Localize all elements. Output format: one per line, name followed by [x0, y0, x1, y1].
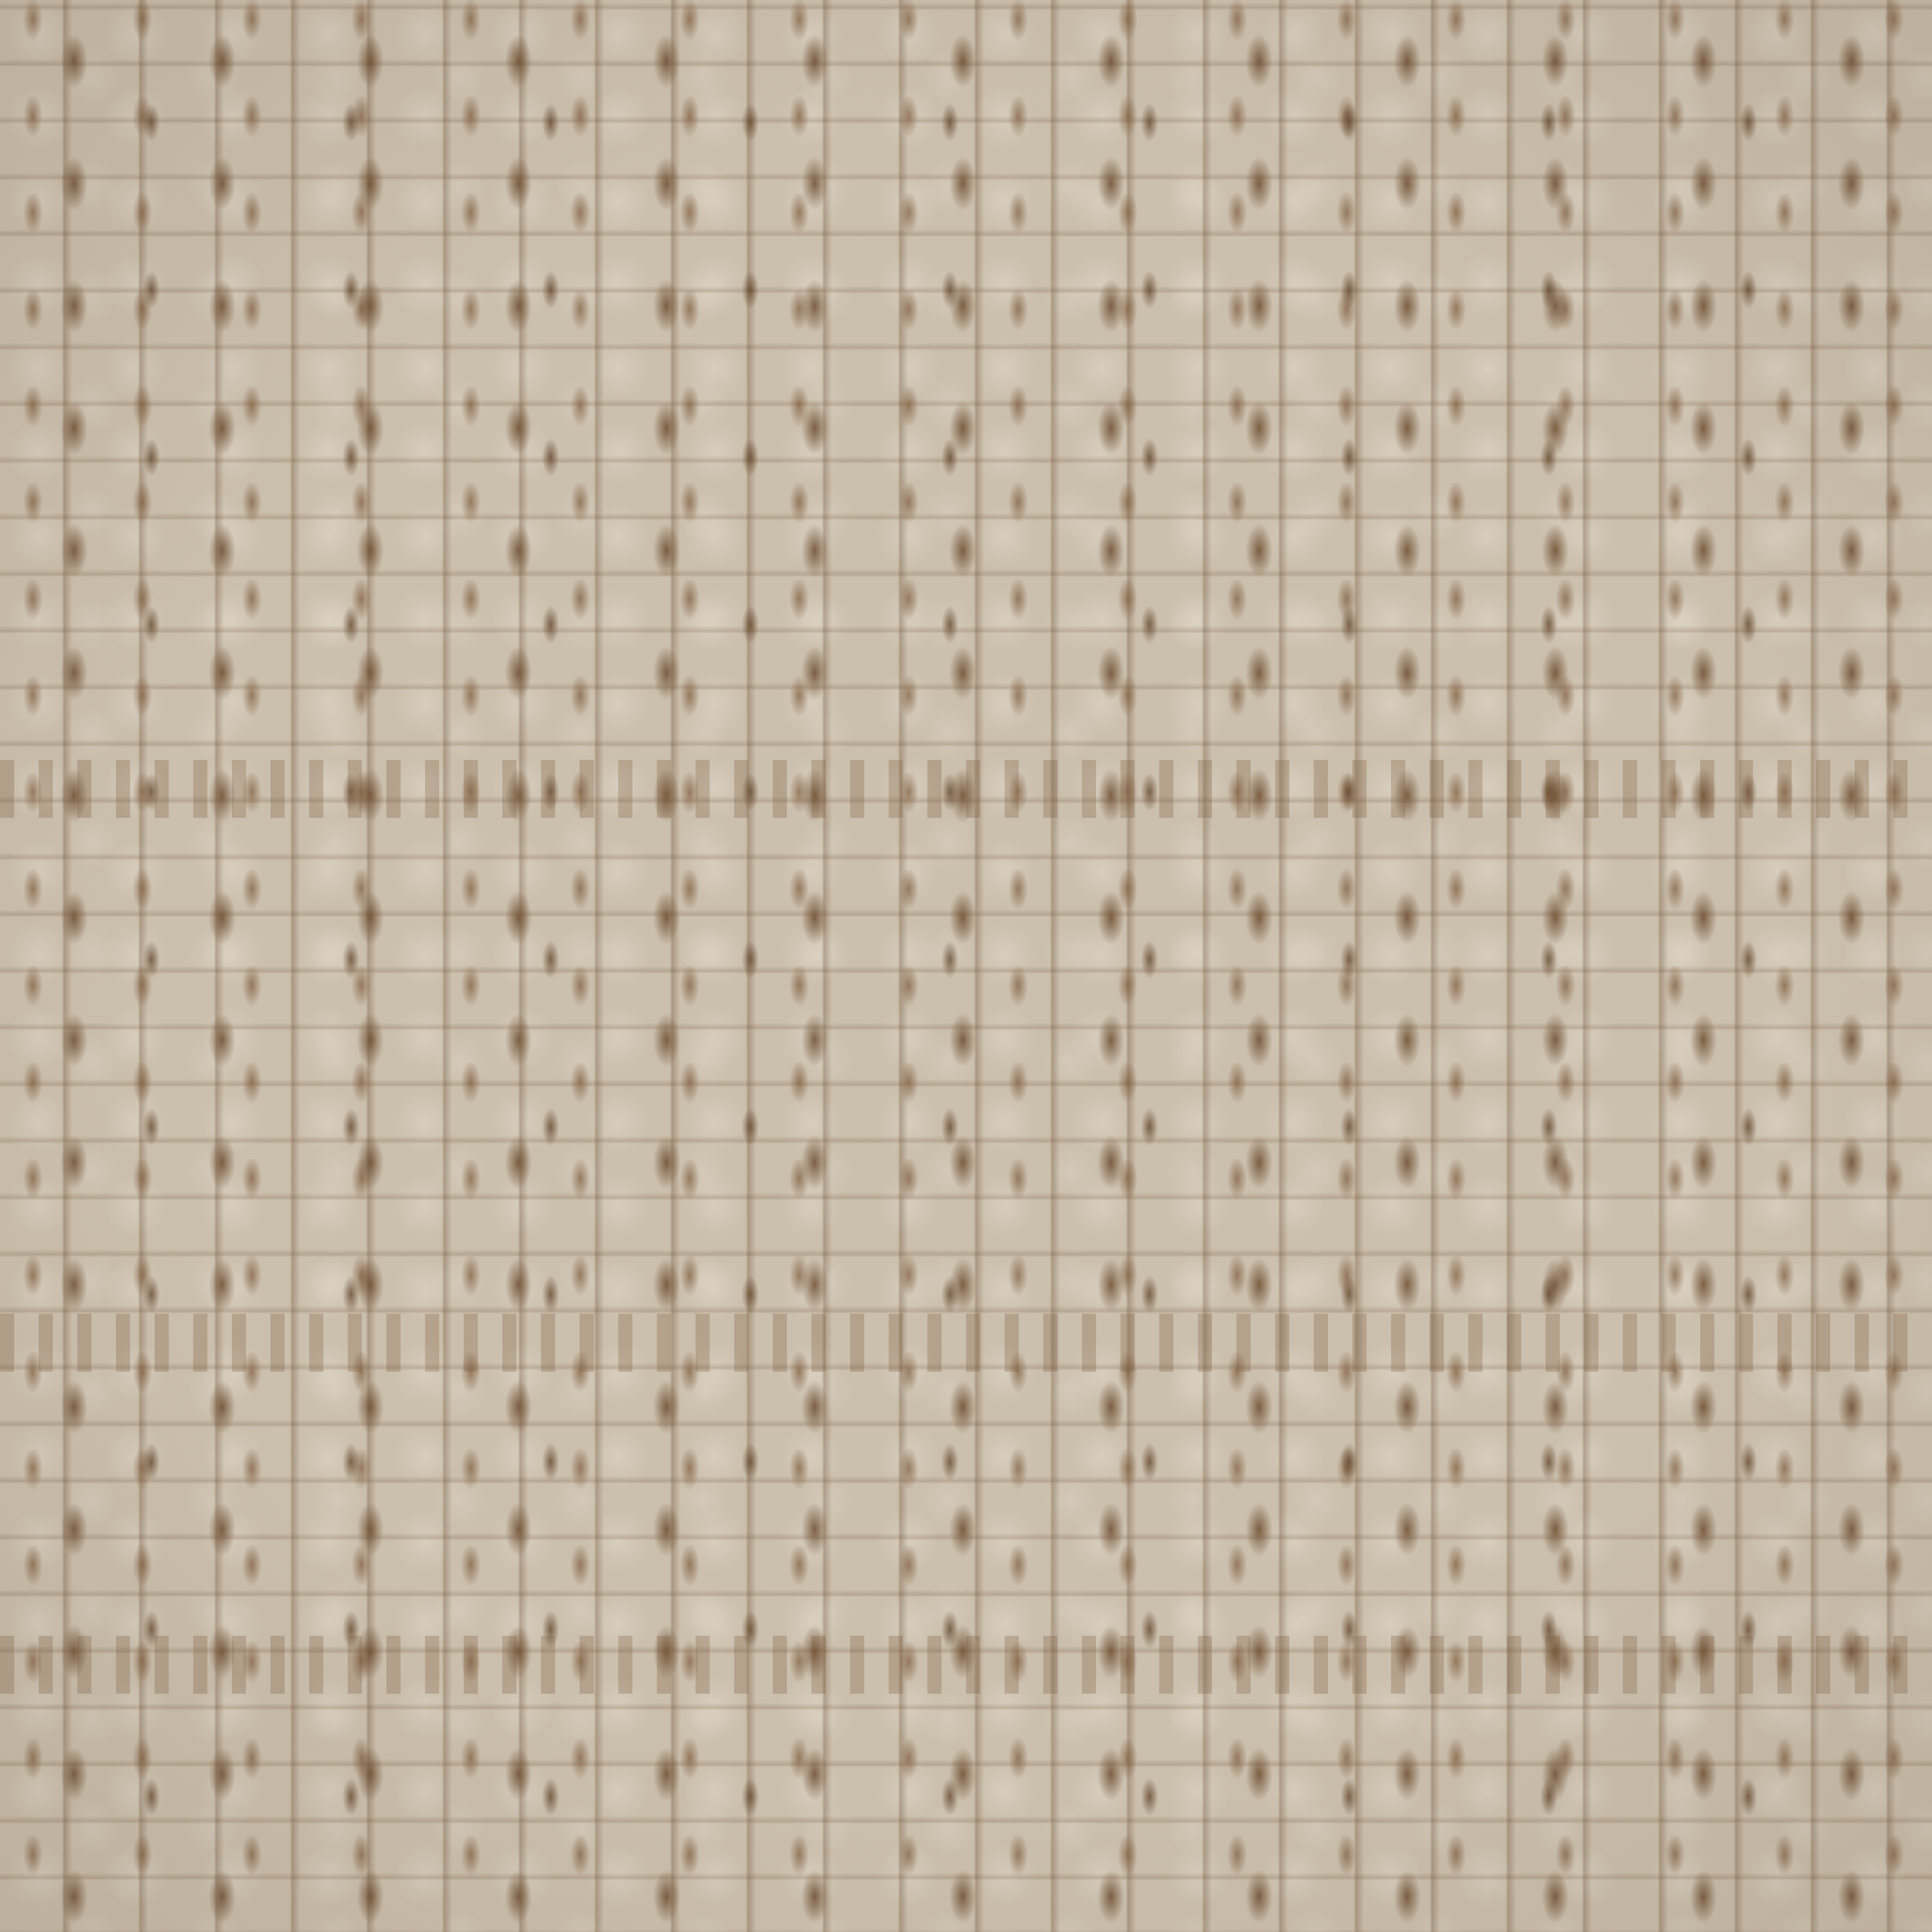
photo-vignette [0, 0, 1932, 1932]
